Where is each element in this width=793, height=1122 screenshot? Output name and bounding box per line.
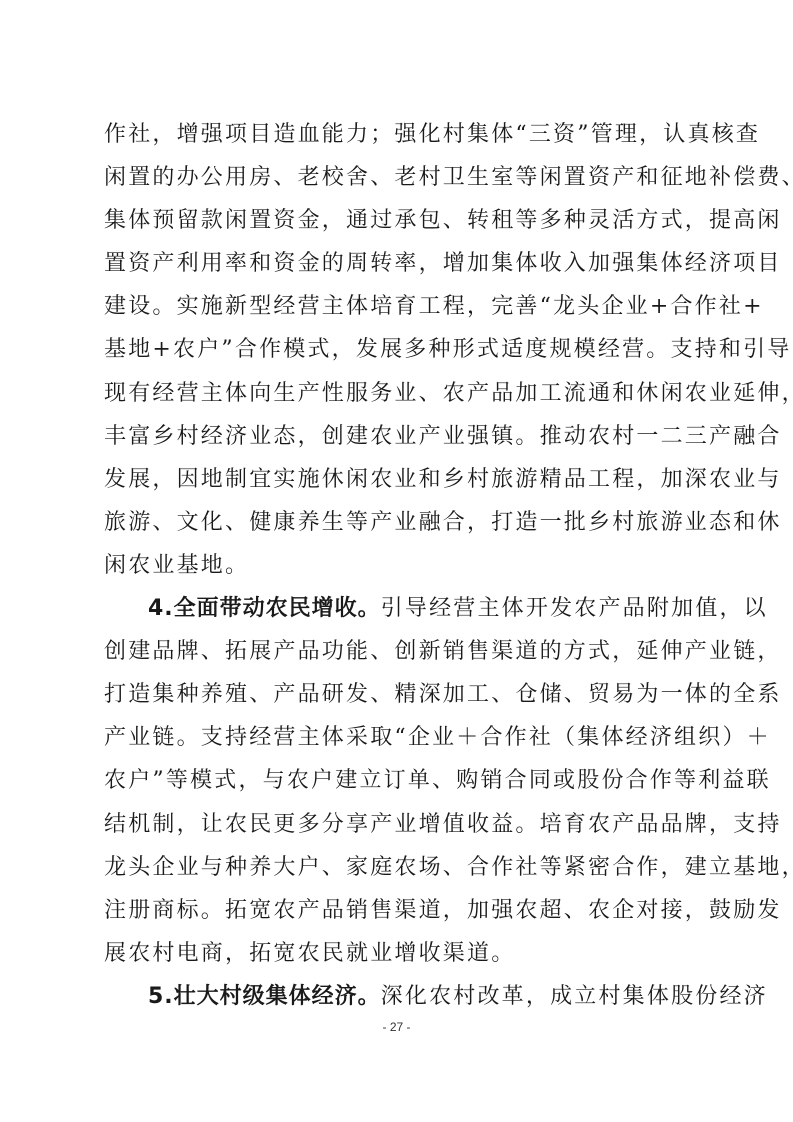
text-line: 闲农业基地。 — [104, 544, 694, 587]
document-page: 作社，增强项目造血能力；强化村集体“三资”管理，认真核查 闲置的办公用房、老校舍… — [0, 0, 793, 1122]
section-4-heading: 4.全面带动农民增收。 — [148, 596, 381, 621]
section-4-first-line-text: 引导经营主体开发农产品附加值，以 — [381, 596, 768, 621]
text-line: 现有经营主体向生产性服务业、农产品加工流通和休闲农业延伸， — [104, 372, 694, 415]
body-text: 作社，增强项目造血能力；强化村集体“三资”管理，认真核查 闲置的办公用房、老校舍… — [104, 113, 694, 1018]
text-line: 创建品牌、拓展产品功能、创新销售渠道的方式，延伸产业链， — [104, 630, 694, 673]
text-line: 丰富乡村经济业态，创建农业产业强镇。推动农村一二三产融合 — [104, 415, 694, 458]
text-line: 产业链。支持经营主体采取“企业＋合作社（集体经济组织）＋ — [104, 716, 694, 759]
text-line: 结机制，让农民更多分享产业增值收益。培育农产品品牌，支持 — [104, 803, 694, 846]
section-4-first-line: 4.全面带动农民增收。引导经营主体开发农产品附加值，以 — [104, 587, 694, 630]
text-line: 农户”等模式，与农户建立订单、购销合同或股份合作等利益联 — [104, 759, 694, 802]
text-line: 展农村电商，拓宽农民就业增收渠道。 — [104, 932, 694, 975]
text-line: 旅游、文化、健康养生等产业融合，打造一批乡村旅游业态和休 — [104, 501, 694, 544]
text-line: 打造集种养殖、产品研发、精深加工、仓储、贸易为一体的全系 — [104, 673, 694, 716]
text-line: 作社，增强项目造血能力；强化村集体“三资”管理，认真核查 — [104, 113, 694, 156]
text-line: 龙头企业与种养大户、家庭农场、合作社等紧密合作，建立基地， — [104, 846, 694, 889]
text-line: 置资产利用率和资金的周转率，增加集体收入加强集体经济项目 — [104, 242, 694, 285]
text-line: 基地+农户”合作模式，发展多种形式适度规模经营。支持和引导 — [104, 328, 694, 371]
section-5-first-line: 5.壮大村级集体经济。深化农村改革，成立村集体股份经济 — [104, 975, 694, 1018]
text-line: 发展，因地制宜实施休闲农业和乡村旅游精品工程，加深农业与 — [104, 458, 694, 501]
text-line: 闲置的办公用房、老校舍、老村卫生室等闲置资产和征地补偿费、 — [104, 156, 694, 199]
text-line: 集体预留款闲置资金，通过承包、转租等多种灵活方式，提高闲 — [104, 199, 694, 242]
page-number: - 27 - — [0, 1020, 793, 1034]
text-line: 建设。实施新型经营主体培育工程，完善“龙头企业+合作社+ — [104, 285, 694, 328]
section-5-first-line-text: 深化农村改革，成立村集体股份经济 — [381, 984, 768, 1009]
text-line: 注册商标。拓宽农产品销售渠道，加强农超、农企对接，鼓励发 — [104, 889, 694, 932]
section-5-heading: 5.壮大村级集体经济。 — [148, 984, 381, 1009]
